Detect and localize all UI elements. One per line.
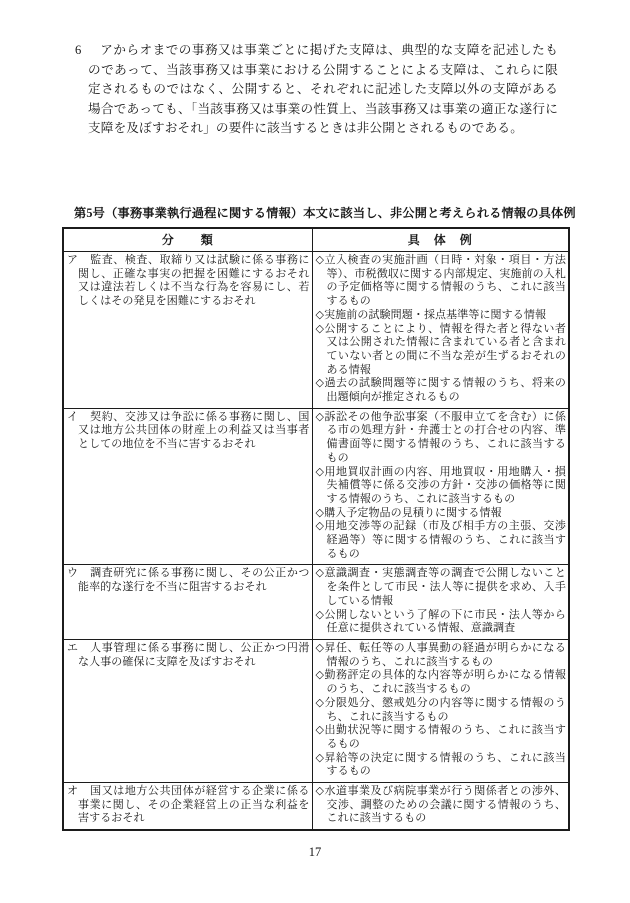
example-text: 分限処分、懲戒処分の内容等に関する情報のうち、これに該当するもの [324, 697, 566, 723]
document-page: 6アからオまでの事務又は事業ごとに掲げた支障は、典型的な支障を記述したものであっ… [0, 0, 630, 903]
example-text: 立入検査の実施計画（日時・対象・項目・方法等）、市税徴収に関する内部規定、実施前… [324, 254, 566, 307]
table-row: ア 監査、検査、取締り又は試験に係る事務に関し、正確な事実の把握を困難にするおそ… [63, 252, 569, 409]
table-title: 第5号（事務事業執行過程に関する情報）本文に該当し、非公開と考えられる情報の具体… [74, 204, 576, 221]
example-text: 実施前の試験問題・採点基準等に関する情報 [324, 309, 546, 321]
examples-cell: ◇水道事業及び病院事業が行う関係者との渉外、交渉、調整のための会議に関する情報の… [312, 783, 569, 831]
category-text: ウ 調査研究に係る事務に関し、その公正かつ能率的な遂行を不当に阻害するおそれ [67, 567, 310, 594]
category-text: エ 人事管理に係る事務に関し、公正かつ円滑な人事の確保に支障を及ぼすおそれ [67, 642, 310, 669]
example-text: 水道事業及び病院事業が行う関係者との渉外、交渉、調整のための会議に関する情報のう… [324, 785, 566, 824]
page-number: 17 [0, 845, 630, 860]
example-text: 公開しないという了解の下に市民・法人等から任意に提供されている情報、意識調査 [324, 609, 566, 635]
example-text: 過去の試験問題等に関する情報のうち、将来の出題傾向が推定されるもの [324, 377, 566, 403]
category-text: ア 監査、検査、取締り又は試験に係る事務に関し、正確な事実の把握を困難にするおそ… [67, 254, 310, 309]
example-item: ◇水道事業及び病院事業が行う関係者との渉外、交渉、調整のための会議に関する情報の… [316, 785, 567, 826]
row-label: オ [67, 785, 79, 797]
paragraph-number: 6 [75, 41, 100, 61]
example-item: ◇分限処分、懲戒処分の内容等に関する情報のうち、これに該当するもの [316, 697, 567, 724]
example-item: ◇実施前の試験問題・採点基準等に関する情報 [316, 309, 567, 323]
example-item: ◇用地交渉等の記録（市及び相手方の主張、交渉経過等）等に関する情報のうち、これに… [316, 520, 567, 561]
example-text: 勤務評定の具体的な内容等が明らかになる情報のうち、これに該当するもの [324, 669, 566, 695]
row-label: イ [67, 411, 79, 423]
row-label: ウ [67, 567, 79, 579]
example-text: 用地交渉等の記録（市及び相手方の主張、交渉経過等）等に関する情報のうち、これに該… [324, 520, 566, 559]
category-cell: ウ 調査研究に係る事務に関し、その公正かつ能率的な遂行を不当に阻害するおそれ [63, 565, 312, 640]
example-item: ◇購入予定物品の見積りに関する情報 [316, 507, 567, 521]
example-item: ◇過去の試験問題等に関する情報のうち、将来の出題傾向が推定されるもの [316, 377, 567, 404]
example-item: ◇出勤状況等に関する情報のうち、これに該当するもの [316, 724, 567, 751]
example-item: ◇昇給等の決定に関する情報のうち、これに該当するもの [316, 752, 567, 779]
table-row: イ 契約、交渉又は争訟に係る事務に関し、国又は地方公共団体の財産上の利益又は当事… [63, 408, 569, 565]
example-item: ◇用地買収計画の内容、用地買収・用地購入・損失補償等に係る交渉の方針・交渉の価格… [316, 466, 567, 507]
example-text: 出勤状況等に関する情報のうち、これに該当するもの [324, 724, 566, 750]
category-text: オ 国又は地方公共団体が経営する企業に係る事業に関し、その企業経営上の正当な利益… [67, 785, 310, 826]
category-cell: オ 国又は地方公共団体が経営する企業に係る事業に関し、その企業経営上の正当な利益… [63, 783, 312, 831]
example-text: 昇任、転任等の人事異動の経過が明らかになる情報のうち、これに該当するもの [324, 642, 566, 668]
diamond-bullet-icon: ◇ [316, 309, 325, 321]
examples-cell: ◇昇任、転任等の人事異動の経過が明らかになる情報のうち、これに該当するもの◇勤務… [312, 639, 569, 782]
examples-cell: ◇意識調査・実態調査等の調査で公開しないことを条件として市民・法人等に提供を求め… [312, 565, 569, 640]
example-text: 公開することにより、情報を得た者と得ない者又は公開された情報に含まれている者と含… [324, 323, 566, 376]
example-item: ◇昇任、転任等の人事異動の経過が明らかになる情報のうち、これに該当するもの [316, 642, 567, 669]
table-header-row: 分 類 具 体 例 [63, 228, 569, 252]
column-header-examples: 具 体 例 [312, 228, 569, 252]
example-text: 購入予定物品の見積りに関する情報 [324, 507, 502, 519]
example-item: ◇意識調査・実態調査等の調査で公開しないことを条件として市民・法人等に提供を求め… [316, 567, 567, 608]
category-text: イ 契約、交渉又は争訟に係る事務に関し、国又は地方公共団体の財産上の利益又は当事… [67, 411, 310, 452]
category-cell: エ 人事管理に係る事務に関し、公正かつ円滑な人事の確保に支障を及ぼすおそれ [63, 639, 312, 782]
table-row: ウ 調査研究に係る事務に関し、その公正かつ能率的な遂行を不当に阻害するおそれ◇意… [63, 565, 569, 640]
paragraph-text: アからオまでの事務又は事業ごとに掲げた支障は、典型的な支障を記述したものであって… [88, 43, 558, 135]
example-item: ◇公開することにより、情報を得た者と得ない者又は公開された情報に含まれている者と… [316, 323, 567, 378]
intro-paragraph: 6アからオまでの事務又は事業ごとに掲げた支障は、典型的な支障を記述したものであっ… [88, 41, 558, 139]
table-row: エ 人事管理に係る事務に関し、公正かつ円滑な人事の確保に支障を及ぼすおそれ◇昇任… [63, 639, 569, 782]
example-item: ◇立入検査の実施計画（日時・対象・項目・方法等）、市税徴収に関する内部規定、実施… [316, 254, 567, 309]
example-item: ◇勤務評定の具体的な内容等が明らかになる情報のうち、これに該当するもの [316, 669, 567, 696]
row-label: エ [67, 642, 79, 654]
category-cell: ア 監査、検査、取締り又は試験に係る事務に関し、正確な事実の把握を困難にするおそ… [63, 252, 312, 409]
row-label: ア [67, 254, 79, 266]
examples-cell: ◇訴訟その他争訟事案（不服申立てを含む）に係る市の処理方針・弁護士との打合せの内… [312, 408, 569, 565]
diamond-bullet-icon: ◇ [316, 507, 325, 519]
example-text: 用地買収計画の内容、用地買収・用地購入・損失補償等に係る交渉の方針・交渉の価格等… [324, 466, 566, 505]
example-text: 昇給等の決定に関する情報のうち、これに該当するもの [324, 752, 566, 778]
column-header-category: 分 類 [63, 228, 312, 252]
table-row: オ 国又は地方公共団体が経営する企業に係る事業に関し、その企業経営上の正当な利益… [63, 783, 569, 831]
example-text: 意識調査・実態調査等の調査で公開しないことを条件として市民・法人等に提供を求め、… [324, 567, 566, 606]
category-cell: イ 契約、交渉又は争訟に係る事務に関し、国又は地方公共団体の財産上の利益又は当事… [63, 408, 312, 565]
example-text: 訴訟その他争訟事案（不服申立てを含む）に係る市の処理方針・弁護士との打合せの内容… [324, 411, 566, 464]
example-item: ◇訴訟その他争訟事案（不服申立てを含む）に係る市の処理方針・弁護士との打合せの内… [316, 411, 567, 466]
examples-table: 分 類 具 体 例 ア 監査、検査、取締り又は試験に係る事務に関し、正確な事実の… [62, 227, 570, 831]
examples-cell: ◇立入検査の実施計画（日時・対象・項目・方法等）、市税徴収に関する内部規定、実施… [312, 252, 569, 409]
example-item: ◇公開しないという了解の下に市民・法人等から任意に提供されている情報、意識調査 [316, 609, 567, 636]
